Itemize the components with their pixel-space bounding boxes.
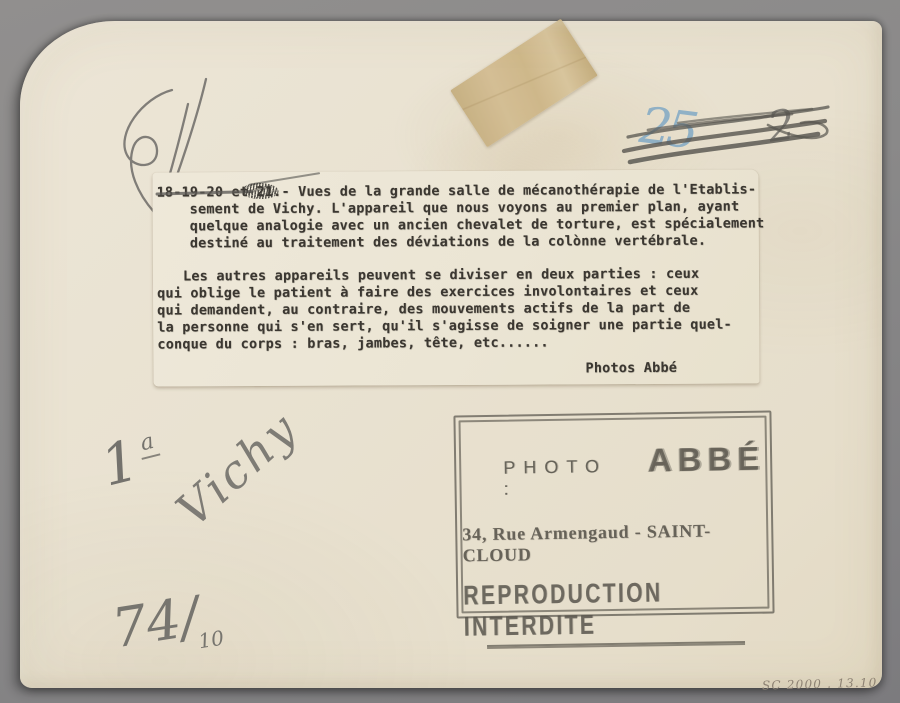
adhesive-tape	[450, 19, 598, 148]
caption-text: .- Vues de la grande salle de mécanothér…	[273, 181, 756, 200]
stamp-photo-label: PHOTO :	[503, 456, 632, 500]
pencil-corner-reference: SC 2000 . 13.10	[762, 675, 878, 692]
photo-credit: Photos Abbé	[157, 359, 759, 379]
caption-line: la personne qui s'en sert, qu'il s'agiss…	[157, 316, 759, 336]
struck-negative-numbers: 18-19-20 et 21	[157, 184, 274, 202]
stamp-reproduction-notice: REPRODUCTION INTERDITE	[463, 576, 768, 643]
stamp-address: 34, Rue Armengaud - SAINT-CLOUD	[462, 520, 767, 567]
stamp-title-row: PHOTO : ABBÉ	[503, 440, 766, 500]
pencil-figure-note: 1a	[95, 423, 164, 499]
pencil-place-name: Vichy	[166, 401, 309, 537]
stamp-inner-border: PHOTO : ABBÉ 34, Rue Armengaud - SAINT-C…	[459, 416, 770, 614]
caption-line: destiné au traitement des déviations de …	[157, 232, 759, 252]
photographer-stamp: PHOTO : ABBÉ 34, Rue Armengaud - SAINT-C…	[453, 411, 774, 619]
photograph-verso: 25 2 18-19-20 et 21.- Vues de la grande …	[20, 21, 882, 688]
typed-caption-label: 18-19-20 et 21.- Vues de la grande salle…	[152, 169, 759, 386]
pencil-inventory-number: 74/10	[108, 581, 229, 661]
inventory-main: 74/	[108, 585, 204, 661]
figure-suffix: a	[135, 428, 160, 460]
scan-background: { "document": { "typed_label": { "struck…	[0, 0, 900, 703]
inventory-denominator: 10	[197, 626, 226, 654]
caption-line: conque du corps : bras, jambes, tête, et…	[157, 333, 759, 353]
stamp-studio-name: ABBÉ	[647, 440, 765, 480]
